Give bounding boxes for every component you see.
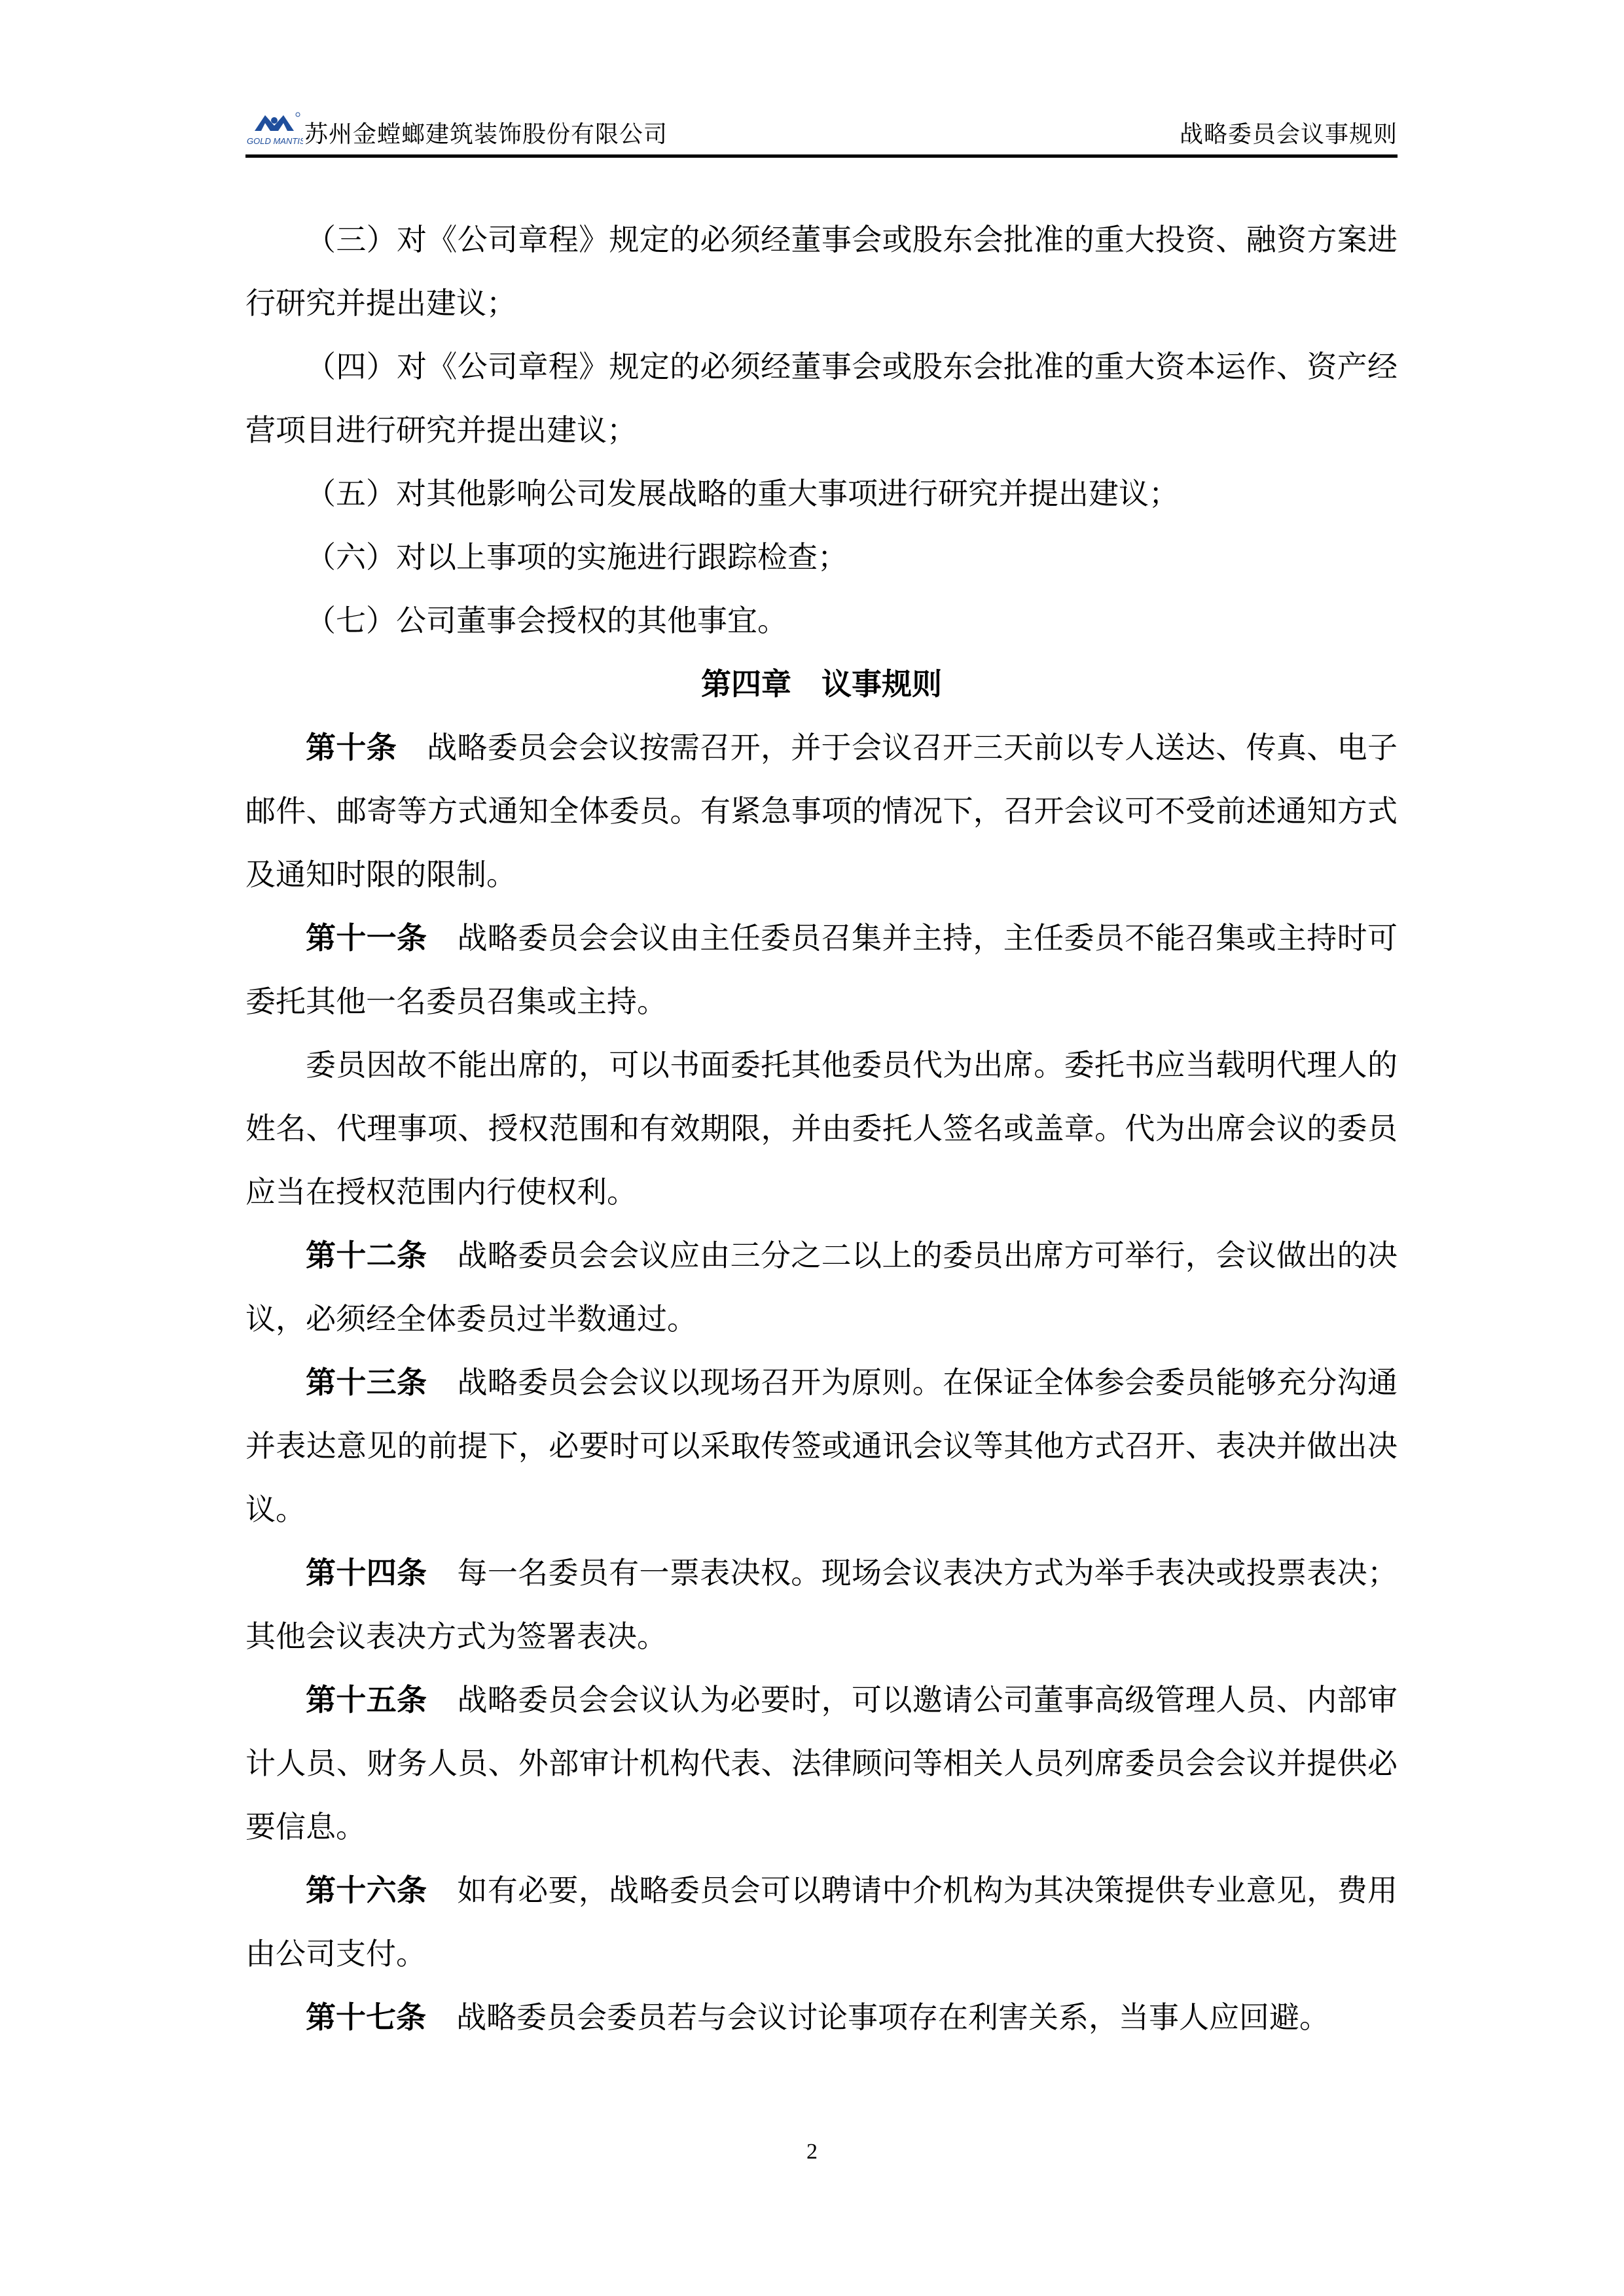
list-item: （六）对以上事项的实施进行跟踪检查； [245,526,1398,589]
list-item: （三）对《公司章程》规定的必须经董事会或股东会批准的重大投资、融资方案进行研究并… [245,208,1398,335]
article-label: 第十一条 [306,920,427,956]
article-label: 第十四条 [306,1555,427,1590]
article-label: 第十三条 [306,1365,427,1400]
document-body: （三）对《公司章程》规定的必须经董事会或股东会批准的重大投资、融资方案进行研究并… [245,208,1398,2049]
article: 第十四条每一名委员有一票表决权。现场会议表决方式为举手表决或投票表决；其他会议表… [245,1541,1398,1668]
article: 第十五条战略委员会会议认为必要时，可以邀请公司董事高级管理人员、内部审计人员、财… [245,1668,1398,1859]
article: 第十条战略委员会会议按需召开，并于会议召开三天前以专人送达、传真、电子邮件、邮寄… [245,716,1398,906]
list-item: （五）对其他影响公司发展战略的重大事项进行研究并提出建议； [245,462,1398,526]
page-number: 2 [0,2139,1624,2165]
article-label: 第十六条 [306,1873,427,1908]
chapter-title: 第四章 议事规则 [245,653,1398,716]
page-header: GOLD MANTIS 苏州金螳螂建筑装饰股份有限公司 战略委员会议事规则 [245,105,1398,158]
header-left: GOLD MANTIS 苏州金螳螂建筑装饰股份有限公司 [245,111,668,148]
article-label: 第十条 [306,730,397,765]
svg-text:GOLD MANTIS: GOLD MANTIS [247,136,303,146]
header-company-name: 苏州金螳螂建筑装饰股份有限公司 [304,122,668,148]
article: 第十一条战略委员会会议由主任委员召集并主持，主任委员不能召集或主持时可委托其他一… [245,906,1398,1033]
header-document-title: 战略委员会议事规则 [1180,122,1398,148]
article: 第十二条战略委员会会议应由三分之二以上的委员出席方可举行，会议做出的决议，必须经… [245,1224,1398,1351]
article: 第十三条战略委员会会议以现场召开为原则。在保证全体参会委员能够充分沟通并表达意见… [245,1351,1398,1541]
article: 第十七条战略委员会委员若与会议讨论事项存在利害关系，当事人应回避。 [245,1986,1398,2049]
article-continuation: 委员因故不能出席的，可以书面委托其他委员代为出席。委托书应当载明代理人的姓名、代… [245,1033,1398,1224]
list-item: （七）公司董事会授权的其他事宜。 [245,589,1398,653]
article-label: 第十五条 [306,1682,427,1717]
article-label: 第十二条 [306,1238,427,1273]
company-logo-icon: GOLD MANTIS [245,111,303,148]
article-label: 第十七条 [306,2000,426,2035]
article-text: 战略委员会委员若与会议讨论事项存在利害关系，当事人应回避。 [456,2000,1329,2035]
list-item: （四）对《公司章程》规定的必须经董事会或股东会批准的重大资本运作、资产经营项目进… [245,335,1398,462]
article-text: 战略委员会会议按需召开，并于会议召开三天前以专人送达、传真、电子邮件、邮寄等方式… [245,730,1398,892]
article: 第十六条如有必要，战略委员会可以聘请中介机构为其决策提供专业意见，费用由公司支付… [245,1859,1398,1986]
